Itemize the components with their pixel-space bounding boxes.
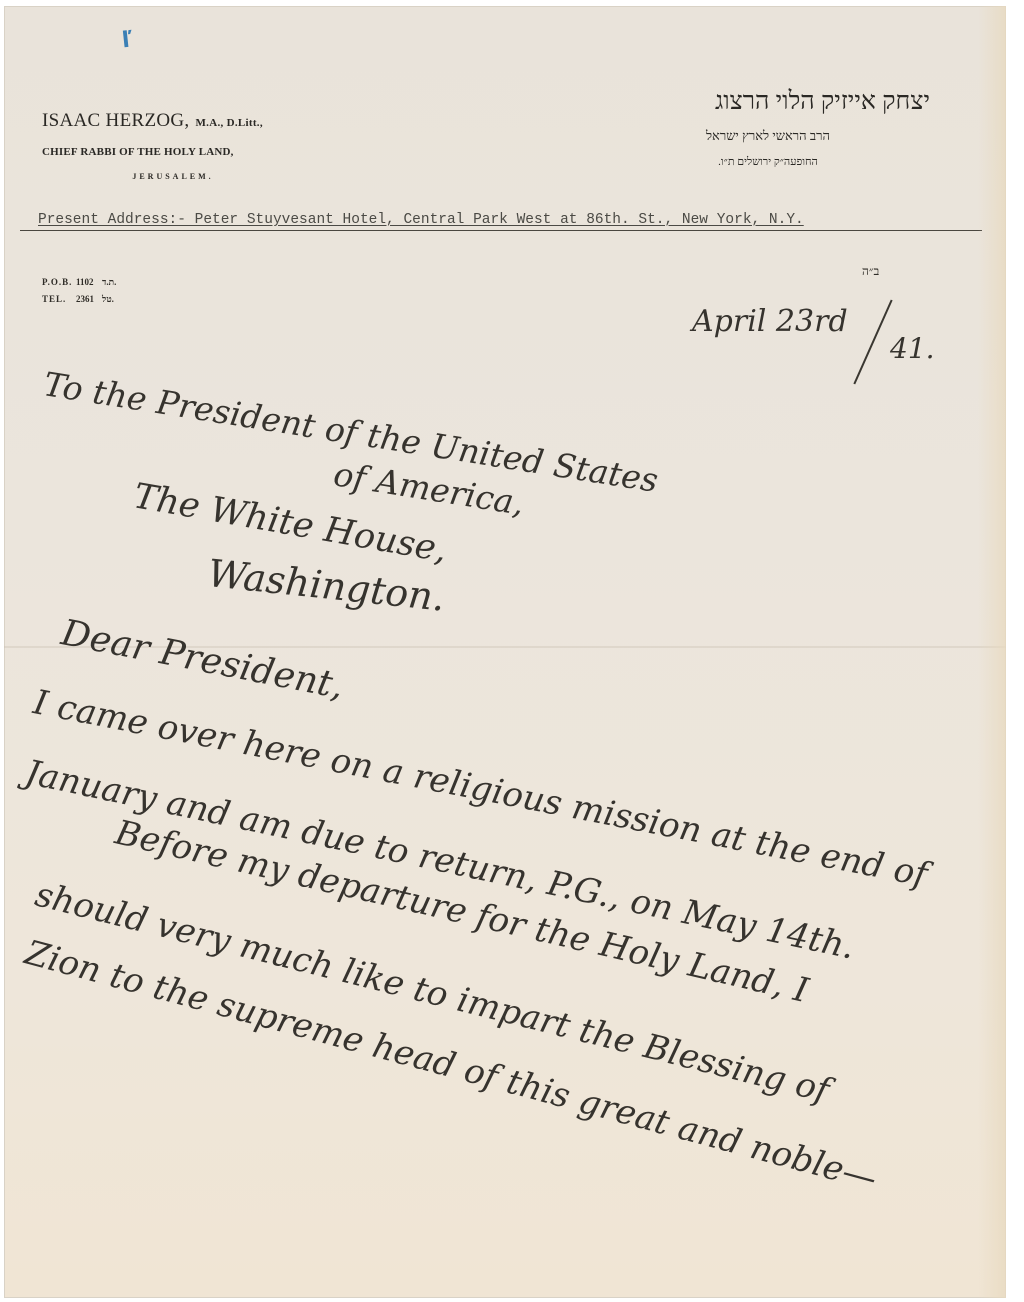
letterhead-name-line: ISAAC HERZOG,M.A., D.Litt.,: [42, 110, 304, 132]
letter-date: April 23rd: [692, 304, 848, 339]
bh-mark: ב״ה: [862, 264, 879, 279]
contact-tel: TEL.2361טל.: [42, 291, 116, 308]
letter-year: 41.: [890, 332, 935, 365]
letterhead-name: ISAAC HERZOG,: [42, 110, 189, 131]
salutation: Dear President,: [58, 612, 347, 707]
letterhead-hebrew-name: יצחק אייזיק הלוי הרצוג: [630, 88, 930, 116]
letterhead-hebrew: יצחק אייזיק הלוי הרצוג הרב הראשי לארץ יש…: [630, 88, 930, 168]
contact-pob: P.O.B.1102ת.ד.: [42, 274, 116, 291]
letterhead-city: JERUSALEM.: [42, 172, 304, 181]
letterhead-hebrew-city: החופעה״ק ירושלים ת״ו.: [630, 156, 906, 168]
present-address: Present Address:- Peter Stuyvesant Hotel…: [20, 212, 982, 231]
letterhead-degrees: M.A., D.Litt.,: [195, 117, 262, 129]
contact-block: P.O.B.1102ת.ד. TEL.2361טל.: [42, 274, 116, 308]
letter-page: ľ ISAAC HERZOG,M.A., D.Litt., CHIEF RABB…: [4, 6, 1006, 1298]
date-slash: [853, 300, 892, 385]
letterhead-title: CHIEF RABBI OF THE HOLY LAND,: [42, 146, 304, 158]
letterhead-hebrew-title: הרב הראשי לארץ ישראל: [630, 128, 906, 144]
letterhead-english: ISAAC HERZOG,M.A., D.Litt., CHIEF RABBI …: [42, 110, 304, 181]
present-address-text: Present Address:- Peter Stuyvesant Hotel…: [38, 212, 804, 228]
archive-mark: ľ: [121, 28, 134, 54]
